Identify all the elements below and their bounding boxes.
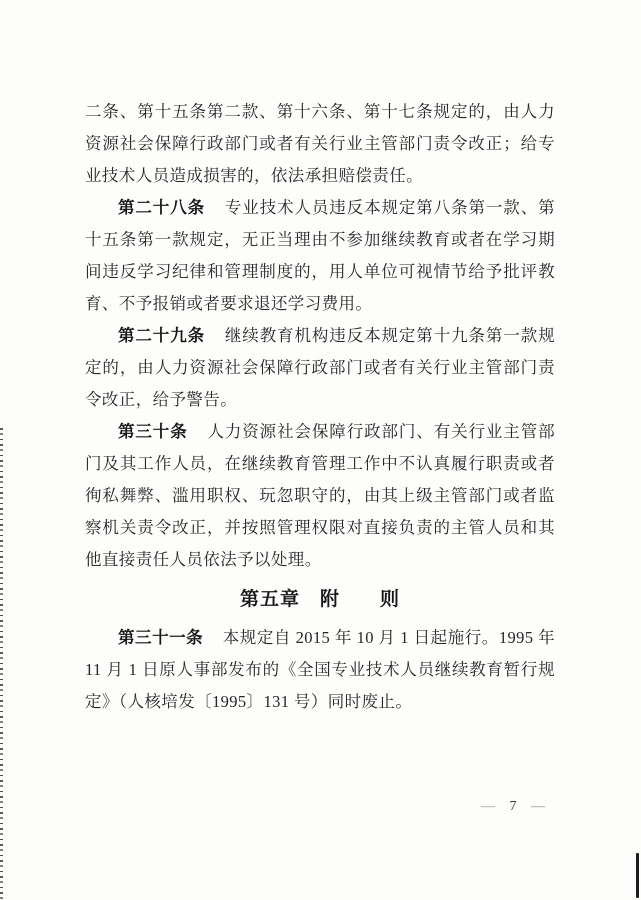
document-body: 二条、第十五条第二款、第十六条、第十七条规定的，由人力资源社会保障行政部门或者有… (85, 96, 555, 718)
paragraph-continuation: 二条、第十五条第二款、第十六条、第十七条规定的，由人力资源社会保障行政部门或者有… (85, 96, 555, 192)
article-number: 第三十条 (118, 422, 188, 441)
article-text: 人力资源社会保障行政部门、有关行业主管部门及其工作人员，在继续教育管理工作中不认… (85, 422, 555, 569)
page-number: 7 (510, 799, 518, 814)
paragraph-article-29: 第二十九条 继续教育机构违反本规定第十九条第一款规定的，由人力资源社会保障行政部… (85, 320, 555, 416)
footer-right-dash: — (531, 799, 546, 814)
article-text: 二条、第十五条第二款、第十六条、第十七条规定的，由人力资源社会保障行政部门或者有… (85, 102, 555, 185)
paragraph-article-31: 第三十一条 本规定自 2015 年 10 月 1 日起施行。1995 年 11 … (85, 622, 555, 718)
paragraph-article-28: 第二十八条 专业技术人员违反本规定第八条第一款、第十五条第一款规定，无正当理由不… (85, 192, 555, 320)
article-number: 第二十九条 (118, 326, 205, 345)
scan-left-edge-artifact (0, 428, 3, 900)
paragraph-article-30: 第三十条 人力资源社会保障行政部门、有关行业主管部门及其工作人员，在继续教育管理… (85, 416, 555, 576)
page-footer: — 7 — (481, 799, 546, 815)
footer-left-dash: — (481, 799, 496, 814)
article-number: 第三十一条 (118, 628, 203, 647)
chapter-heading: 第五章 附 则 (85, 584, 555, 616)
scan-corner-artifact (636, 853, 639, 898)
document-page: 二条、第十五条第二款、第十六条、第十七条规定的，由人力资源社会保障行政部门或者有… (0, 0, 641, 900)
article-number: 第二十八条 (118, 198, 205, 217)
